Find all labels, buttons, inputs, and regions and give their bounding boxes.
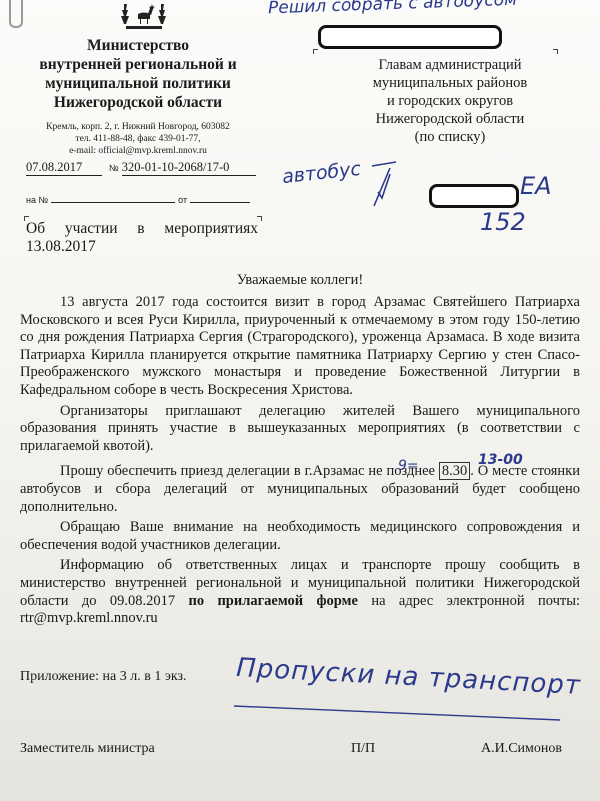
ministry-line: внутренней региональной и (20, 55, 256, 74)
paragraph: Прошу обеспечить приезд делегации в г.Ар… (20, 463, 580, 516)
from-label: от (178, 195, 187, 205)
signatory-position: Заместитель министра (20, 741, 155, 757)
signatory-name: А.И.Симонов (481, 741, 562, 757)
registration-number: 320-01-10-2068/17-0 (122, 160, 256, 176)
arrival-time-boxed: 8.30 (439, 462, 470, 480)
reply-reference: на № от (26, 190, 250, 207)
subject-date: 13.08.2017 (26, 238, 258, 256)
paragraph-text: Прошу обеспечить приезд делегации в г.Ар… (60, 463, 435, 479)
addressee: Главам администраций муниципальных район… (350, 56, 550, 146)
reply-to-label: на № (26, 195, 48, 205)
registration-date-field: 07.08.2017 (26, 160, 102, 176)
reply-to-number-blank (51, 190, 175, 203)
registration-date: 07.08.2017 (26, 160, 102, 176)
handwritten-bus: автобус (281, 158, 362, 188)
handwritten-note-top: Решил собрать с автобусом (268, 0, 518, 18)
handwritten-plate-letters: EA (520, 172, 552, 200)
paragraph: Информацию об ответственных лицах и тран… (20, 557, 580, 627)
number-label: № (109, 163, 119, 173)
address: Кремль, корп. 2, г. Нижний Новгород, 603… (20, 121, 256, 133)
addressee-line: Нижегородской области (350, 110, 550, 128)
handwritten-underline (230, 700, 570, 724)
handwritten-number-sign-icon (368, 160, 418, 210)
addressee-line: и городских округов (350, 92, 550, 110)
redaction-box-plate (429, 184, 519, 208)
paragraph: Организаторы приглашают делегацию жителе… (20, 403, 580, 456)
handwritten-plate-region: 152 (480, 208, 526, 236)
registration-number-field: № 320-01-10-2068/17-0 (109, 160, 256, 176)
subject-word: мероприятиях (164, 220, 258, 238)
email: e-mail: official@mvp.kreml.nnov.ru (20, 145, 256, 157)
paragraph: 13 августа 2017 года состоится визит в г… (20, 294, 580, 400)
subject-word: в (137, 220, 144, 238)
from-date-blank (190, 190, 250, 203)
addressee-line: муниципальных районов (350, 74, 550, 92)
greeting: Уважаемые коллеги! (0, 272, 600, 289)
phones: тел. 411-88-48, факс 439-01-77, (20, 133, 256, 145)
ministry-name: Министерство внутренней региональной и м… (20, 36, 256, 112)
addressee-line: (по списку) (350, 128, 550, 146)
addressee-corner-right (553, 49, 558, 54)
signature-mark: П/П (351, 741, 375, 757)
coat-of-arms-icon (118, 0, 170, 32)
ministry-line: Министерство (20, 36, 256, 55)
attachment-note: Приложение: на 3 л. в 1 экз. (20, 669, 187, 685)
bold-phrase: по прилагаемой форме (188, 593, 358, 609)
handwritten-note-bottom: Пропуски на транспорт (235, 653, 581, 701)
subject-word: Об (26, 220, 45, 238)
addressee-line: Главам администраций (350, 56, 550, 74)
ministry-line: Нижегородской области (20, 93, 256, 112)
handwritten-time-a: 9= (398, 458, 419, 474)
addressee-corner-left (313, 49, 318, 54)
ministry-contacts: Кремль, корп. 2, г. Нижний Новгород, 603… (20, 121, 256, 157)
paper-clip-icon (9, 0, 23, 28)
redaction-box (318, 25, 502, 49)
subject: Об участии в мероприятиях 13.08.2017 (26, 220, 258, 256)
paragraph: Обращаю Ваше внимание на необходимость м… (20, 519, 580, 554)
ministry-line: муниципальной политики (20, 74, 256, 93)
handwritten-time-b: 13-00 (478, 452, 523, 468)
subject-word: участии (65, 220, 118, 238)
